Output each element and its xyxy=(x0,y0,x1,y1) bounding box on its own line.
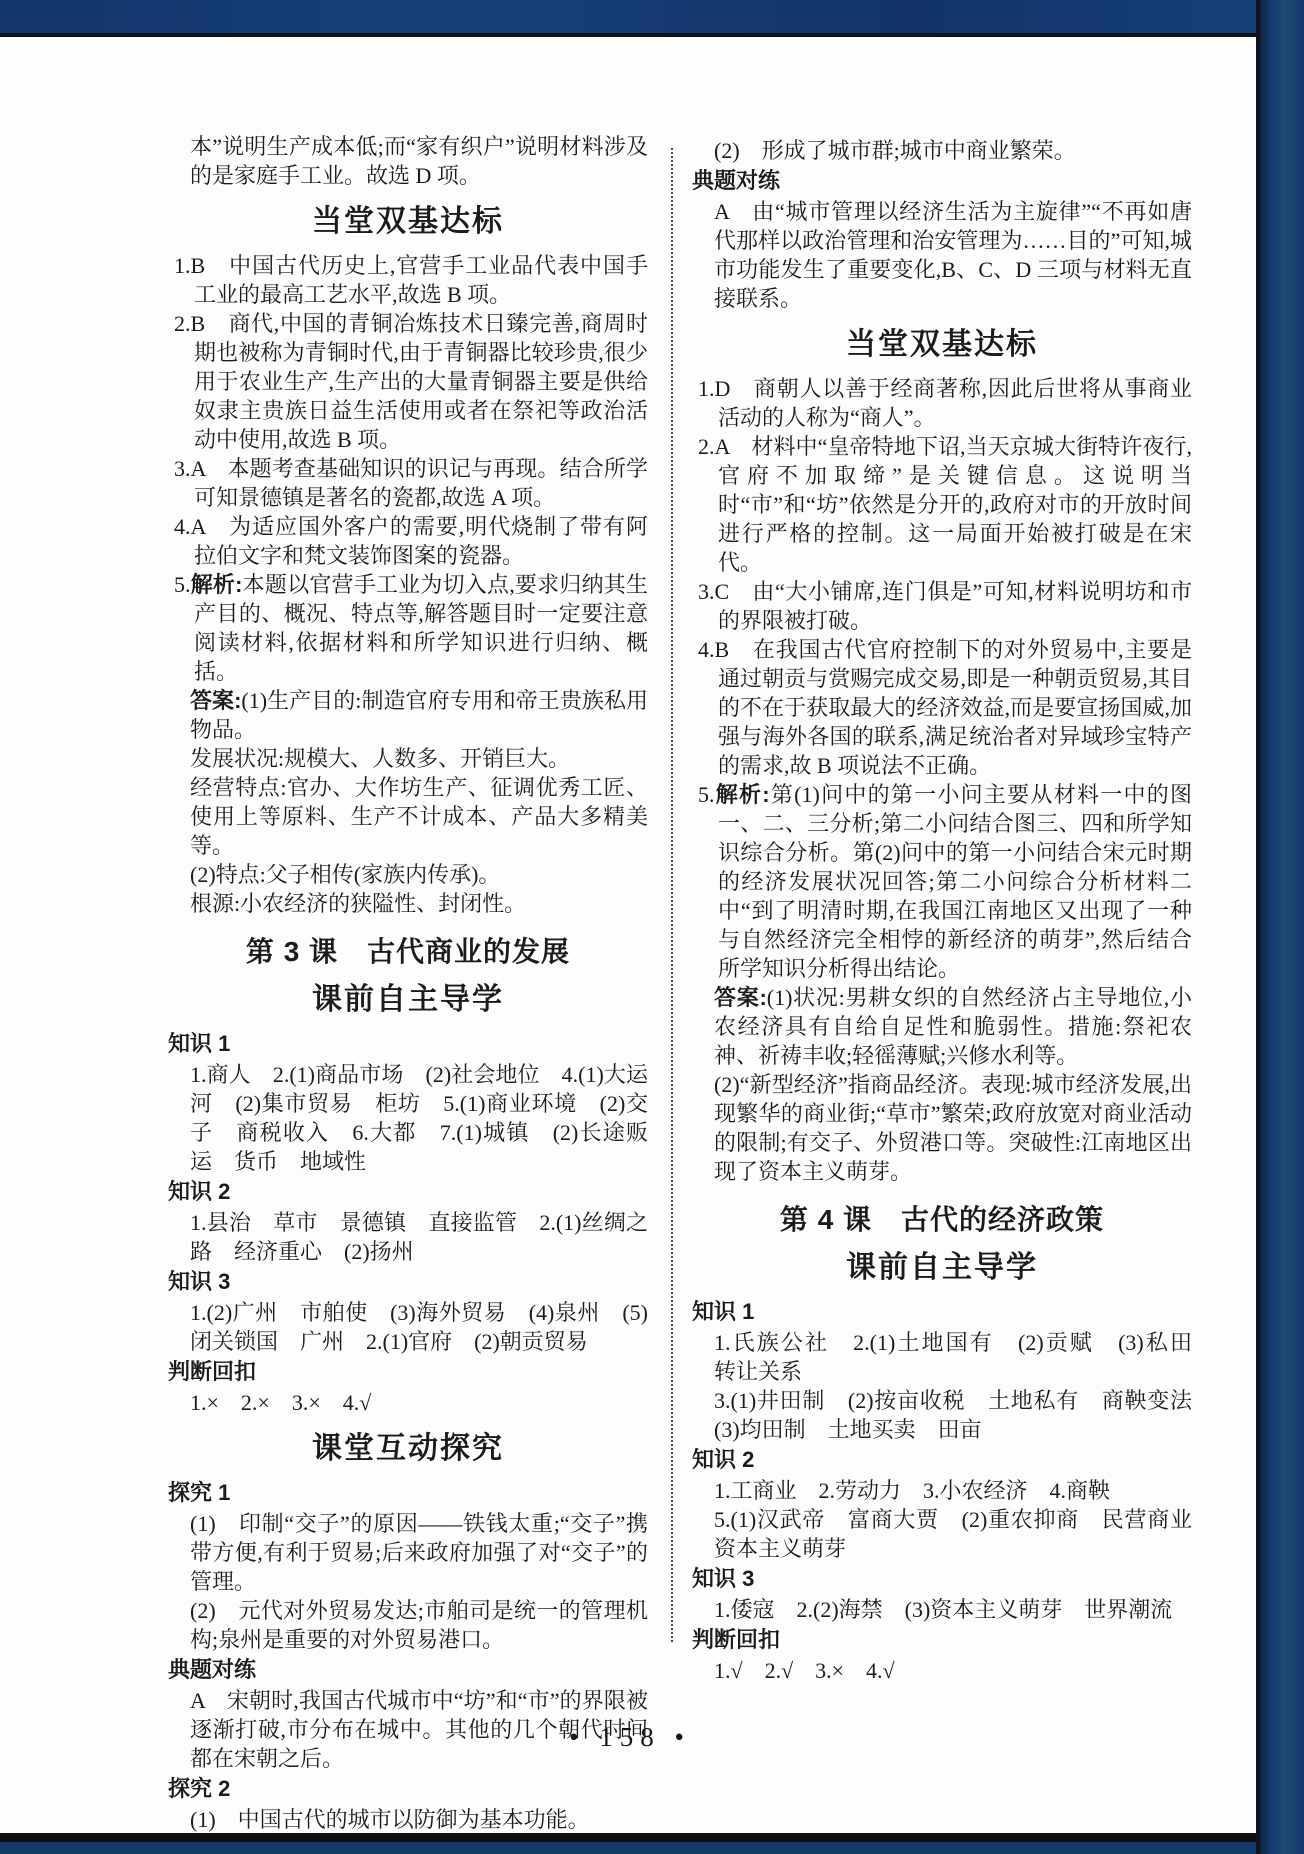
answer-line: 1.倭寇 2.(2)海禁 (3)资本主义萌芽 世界潮流 xyxy=(714,1595,1192,1624)
text-run: 3.A 本题考查基础知识的识记与再现。结合所学可知景德镇是著名的瓷都,故选 A … xyxy=(174,456,648,510)
text-run: 1.D 商朝人以善于经商著称,因此后世将从事商业活动的人称为“商人”。 xyxy=(698,376,1192,430)
text-run: 典题对练 xyxy=(692,168,780,193)
answer-line: (2) 形成了城市群;城市中商业繁荣。 xyxy=(714,136,1192,165)
text-run: (1) 中国古代的城市以防御为基本功能。 xyxy=(190,1807,590,1832)
answer-line: 3.(1)井田制 (2)按亩收税 土地私有 商鞅变法 (3)均田制 土地买卖 田… xyxy=(714,1386,1192,1444)
text-run: 5.(1)汉武帝 富商大贾 (2)重农抑商 民营商业 资本主义萌芽 xyxy=(714,1507,1214,1561)
answer-line: 1.(2)广州 市舶使 (3)海外贸易 (4)泉州 (5)闭关锁国 广州 2.(… xyxy=(190,1298,648,1356)
sub-label: 探究 1 xyxy=(168,1478,648,1508)
answer-item: 3.C 由“大小铺席,连门俱是”可知,材料说明坊和市的界限被打破。 xyxy=(698,577,1192,635)
answer-line: 1.工商业 2.劳动力 3.小农经济 4.商鞅 xyxy=(714,1476,1192,1505)
text-run: 知识 1 xyxy=(692,1299,754,1324)
answer-item: 4.B 在我国古代官府控制下的对外贸易中,主要是通过朝贡与赏赐完成交易,即是一种… xyxy=(698,635,1192,780)
page-number-label: • 158 • xyxy=(569,1722,691,1752)
text-run: 1.商人 2.(1)商品市场 (2)社会地位 4.(1)大运河 (2)集市贸易 … xyxy=(190,1062,648,1174)
bold-lead: 答案: xyxy=(714,985,767,1010)
answer-line: (2) 元代对外贸易发达;市舶司是统一的管理机构;泉州是重要的对外贸易港口。 xyxy=(190,1596,648,1654)
answer-line: 1.商人 2.(1)商品市场 (2)社会地位 4.(1)大运河 (2)集市贸易 … xyxy=(190,1060,648,1176)
text-run: 课前自主导学 xyxy=(846,1251,1038,1284)
text-run: 3.C 由“大小铺席,连门俱是”可知,材料说明坊和市的界限被打破。 xyxy=(698,579,1192,633)
text-run: 根源:小农经济的狭隘性、封闭性。 xyxy=(190,891,526,916)
page-edge-shadow xyxy=(0,1833,1304,1842)
text-run: 1.工商业 2.劳动力 3.小农经济 4.商鞅 xyxy=(714,1478,1110,1503)
answer-item: 4.A 为适应国外客户的需要,明代烧制了带有阿拉伯文字和梵文装饰图案的瓷器。 xyxy=(174,512,648,570)
bold-lead: 解析: xyxy=(191,572,243,597)
answer-line: 5.(1)汉武帝 富商大贾 (2)重农抑商 民营商业 资本主义萌芽 xyxy=(714,1505,1192,1563)
text-run: 第 4 课 古代的经济政策 xyxy=(780,1204,1104,1235)
text-run: 当堂双基达标 xyxy=(846,328,1038,361)
text-run: 第(1)问中的第一小问主要从材料一中的图一、二、三分析;第二小问结合图三、四和所… xyxy=(718,782,1192,981)
answer-line: 经营特点:官办、大作坊生产、征调优秀工匠、使用上等原料、生产不计成本、产品大多精… xyxy=(190,773,648,860)
page-number: • 158 • xyxy=(0,1722,1260,1753)
answer-item: 1.B 中国古代历史上,官营手工业品代表中国手工业的最高工艺水平,故选 B 项。 xyxy=(174,251,648,309)
scanned-textbook-page: 本”说明生产成本低;而“家有织户”说明材料涉及的是家庭手工业。故选 D 项。当堂… xyxy=(0,0,1304,1854)
text-run: 3.(1)井田制 (2)按亩收税 土地私有 商鞅变法 (3)均田制 土地买卖 田… xyxy=(714,1388,1214,1442)
text-run: 课堂互动探究 xyxy=(312,1432,504,1465)
answer-line: 答案:(1)生产目的:制造官府专用和帝王贵族私用物品。 xyxy=(190,686,648,744)
text-run: 探究 1 xyxy=(168,1480,230,1505)
text-run: 典题对练 xyxy=(168,1657,256,1682)
text-run: (2) 元代对外贸易发达;市舶司是统一的管理机构;泉州是重要的对外贸易港口。 xyxy=(190,1598,648,1652)
answer-line: 1.√ 2.√ 3.× 4.√ xyxy=(714,1656,1192,1685)
answer-line: A 由“城市管理以经济生活为主旋律”“不再如唐代那样以政治管理和治安管理为……目… xyxy=(714,197,1192,313)
section-heading: 课堂互动探究 xyxy=(168,1432,648,1466)
text-run: 经营特点:官办、大作坊生产、征调优秀工匠、使用上等原料、生产不计成本、产品大多精… xyxy=(190,775,648,858)
sub-label: 知识 3 xyxy=(692,1564,1192,1594)
answer-item: 3.A 本题考查基础知识的识记与再现。结合所学可知景德镇是著名的瓷都,故选 A … xyxy=(174,454,648,512)
section-heading: 当堂双基达标 xyxy=(692,328,1192,362)
text-run: 4.A 为适应国外客户的需要,明代烧制了带有阿拉伯文字和梵文装饰图案的瓷器。 xyxy=(174,514,648,568)
text-run: (1)生产目的:制造官府专用和帝王贵族私用物品。 xyxy=(190,688,648,742)
text-run: A 由“城市管理以经济生活为主旋律”“不再如唐代那样以政治管理和治安管理为……目… xyxy=(714,199,1192,311)
bold-lead: 答案: xyxy=(190,688,241,713)
answer-line: 根源:小农经济的狭隘性、封闭性。 xyxy=(190,889,648,918)
text-run: 1.(2)广州 市舶使 (3)海外贸易 (4)泉州 (5)闭关锁国 广州 2.(… xyxy=(190,1300,648,1354)
text-run: 课前自主导学 xyxy=(312,983,504,1016)
text-run: 1.B 中国古代历史上,官营手工业品代表中国手工业的最高工艺水平,故选 B 项。 xyxy=(174,253,648,307)
sub-label: 判断回扣 xyxy=(692,1625,1192,1655)
page-border-top xyxy=(0,0,1304,37)
sub-label: 知识 2 xyxy=(692,1445,1192,1475)
text-run: 本题以官营手工业为切入点,要求归纳其生产目的、概况、特点等,解答题目时一定要注意… xyxy=(194,572,648,684)
text-run: 5. xyxy=(698,782,715,807)
text-run: 2.A 材料中“皇帝特地下诏,当天京城大街特许夜行,官府不加取缔”是关键信息。这… xyxy=(698,434,1192,575)
answer-line: 1.县治 草市 景德镇 直接监管 2.(1)丝绸之路 经济重心 (2)扬州 xyxy=(190,1208,648,1266)
answer-line: 答案:(1)状况:男耕女织的自然经济占主导地位,小农经济具有自给自足性和脆弱性。… xyxy=(714,983,1192,1070)
page-border-right xyxy=(1256,0,1304,1854)
text-run: (1)状况:男耕女织的自然经济占主导地位,小农经济具有自给自足性和脆弱性。措施:… xyxy=(714,985,1192,1068)
sub-label: 探究 2 xyxy=(168,1774,648,1804)
column-divider xyxy=(671,148,673,1642)
answer-line: 1.× 2.× 3.× 4.√ xyxy=(190,1388,648,1417)
sub-label: 知识 1 xyxy=(692,1297,1192,1327)
answer-line: 发展状况:规模大、人数多、开销巨大。 xyxy=(190,744,648,773)
bold-lead: 解析: xyxy=(715,782,770,807)
section-heading: 课前自主导学 xyxy=(692,1251,1192,1285)
sub-label: 知识 1 xyxy=(168,1029,648,1059)
text-run: (2) 形成了城市群;城市中商业繁荣。 xyxy=(714,138,1076,163)
answer-item: 5.解析:本题以官营手工业为切入点,要求归纳其生产目的、概况、特点等,解答题目时… xyxy=(174,570,648,686)
answer-item: 5.解析:第(1)问中的第一小问主要从材料一中的图一、二、三分析;第二小问结合图… xyxy=(698,780,1192,983)
text-run: 判断回扣 xyxy=(168,1359,256,1384)
sub-label: 典题对练 xyxy=(168,1655,648,1685)
answer-line: 1.氏族公社 2.(1)土地国有 (2)贡赋 (3)私田 转让关系 xyxy=(714,1328,1192,1386)
sub-label: 判断回扣 xyxy=(168,1357,648,1387)
text-run: 1.√ 2.√ 3.× 4.√ xyxy=(714,1658,895,1683)
page-border-bottom xyxy=(0,1842,1304,1854)
lesson-heading: 第 4 课 古代的经济政策 xyxy=(692,1204,1192,1236)
text-run: 知识 3 xyxy=(168,1269,230,1294)
text-run: 5. xyxy=(174,572,191,597)
text-run: 知识 2 xyxy=(168,1179,230,1204)
text-run: (2)“新型经济”指商品经济。表现:城市经济发展,出现繁华的商业街;“草市”繁荣… xyxy=(714,1072,1192,1184)
lesson-heading: 第 3 课 古代商业的发展 xyxy=(168,936,648,968)
text-run: 1.倭寇 2.(2)海禁 (3)资本主义萌芽 世界潮流 xyxy=(714,1597,1172,1622)
answer-line: (1) 中国古代的城市以防御为基本功能。 xyxy=(190,1805,648,1834)
continued-paragraph: 本”说明生产成本低;而“家有织户”说明材料涉及的是家庭手工业。故选 D 项。 xyxy=(190,132,648,190)
answer-item: 2.A 材料中“皇帝特地下诏,当天京城大街特许夜行,官府不加取缔”是关键信息。这… xyxy=(698,432,1192,577)
text-run: 1.× 2.× 3.× 4.√ xyxy=(190,1390,371,1415)
sub-label: 知识 3 xyxy=(168,1267,648,1297)
answer-item: 1.D 商朝人以善于经商著称,因此后世将从事商业活动的人称为“商人”。 xyxy=(698,374,1192,432)
text-run: 探究 2 xyxy=(168,1776,230,1801)
text-run: 知识 2 xyxy=(692,1447,754,1472)
sub-label: 知识 2 xyxy=(168,1177,648,1207)
text-run: 判断回扣 xyxy=(692,1627,780,1652)
left-column: 本”说明生产成本低;而“家有织户”说明材料涉及的是家庭手工业。故选 D 项。当堂… xyxy=(168,132,648,1834)
answer-line: (2)“新型经济”指商品经济。表现:城市经济发展,出现繁华的商业街;“草市”繁荣… xyxy=(714,1070,1192,1186)
text-run: 发展状况:规模大、人数多、开销巨大。 xyxy=(190,746,570,771)
answer-line: (2)特点:父子相传(家族内传承)。 xyxy=(190,860,648,889)
text-run: 当堂双基达标 xyxy=(312,205,504,238)
text-run: 第 3 课 古代商业的发展 xyxy=(246,936,570,967)
text-run: 本”说明生产成本低;而“家有织户”说明材料涉及的是家庭手工业。故选 D 项。 xyxy=(190,134,648,188)
right-column: (2) 形成了城市群;城市中商业繁荣。典题对练A 由“城市管理以经济生活为主旋律… xyxy=(692,136,1192,1685)
text-run: 知识 3 xyxy=(692,1566,754,1591)
text-run: 4.B 在我国古代官府控制下的对外贸易中,主要是通过朝贡与赏赐完成交易,即是一种… xyxy=(698,637,1192,778)
text-run: (1) 印制“交子”的原因——铁钱太重;“交子”携带方便,有利于贸易;后来政府加… xyxy=(190,1511,648,1594)
text-run: (2)特点:父子相传(家族内传承)。 xyxy=(190,862,500,887)
text-run: 2.B 商代,中国的青铜冶炼技术日臻完善,商周时期也被称为青铜时代,由于青铜器比… xyxy=(174,311,648,452)
text-run: 1.氏族公社 2.(1)土地国有 (2)贡赋 (3)私田 转让关系 xyxy=(714,1330,1214,1384)
answer-item: 2.B 商代,中国的青铜冶炼技术日臻完善,商周时期也被称为青铜时代,由于青铜器比… xyxy=(174,309,648,454)
section-heading: 当堂双基达标 xyxy=(168,205,648,239)
answer-line: (1) 印制“交子”的原因——铁钱太重;“交子”携带方便,有利于贸易;后来政府加… xyxy=(190,1509,648,1596)
section-heading: 课前自主导学 xyxy=(168,983,648,1017)
text-run: 1.县治 草市 景德镇 直接监管 2.(1)丝绸之路 经济重心 (2)扬州 xyxy=(190,1210,648,1264)
sub-label: 典题对练 xyxy=(692,166,1192,196)
text-run: 知识 1 xyxy=(168,1031,230,1056)
